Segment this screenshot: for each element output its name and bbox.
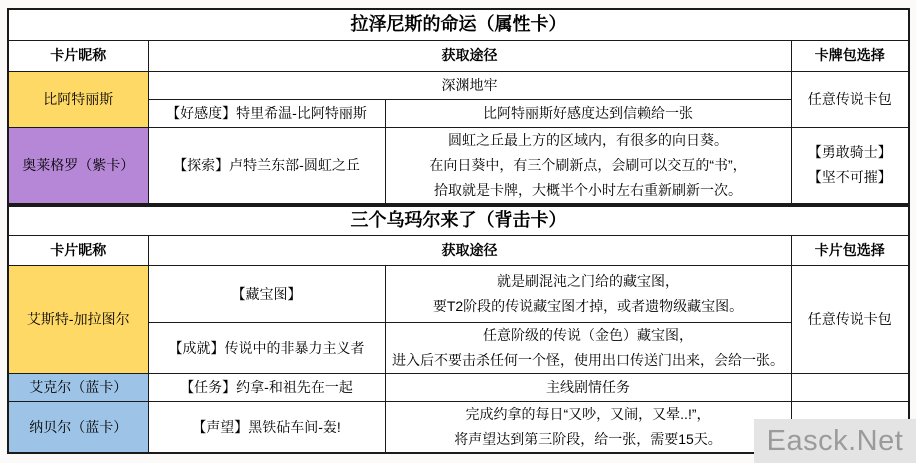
table-row: 卡片昵称 获取途径 卡片包选择	[8, 236, 909, 266]
table1-title: 拉泽尼斯的命运（属性卡）	[8, 9, 909, 40]
card-pack-cell: 【勇敢骑士】 【坚不可摧】	[791, 127, 909, 204]
card-name-cell: 纳贝尔（蓝卡）	[8, 402, 148, 454]
acquire-detail-cell: 主线剧情任务	[385, 374, 791, 402]
table-row: 拉泽尼斯的命运（属性卡）	[8, 9, 909, 40]
back-attack-card-table: 三个乌玛尔来了（背击卡） 卡片昵称 获取途径 卡片包选择 艾斯特-加拉图尔 【藏…	[7, 205, 910, 455]
acquire-detail-cell: 圆虹之丘最上方的区域内，有很多的向日葵。 在向日葵中，有三个刷新点，会刷可以交互…	[385, 127, 791, 204]
header-card-name: 卡片昵称	[8, 236, 148, 266]
card-pack-cell: 任意传说卡包	[791, 266, 909, 374]
acquire-detail-cell: 完成约拿的每日“又吵，又闹，又晕..!”， 将声望达到第三阶段，给一张，需要15…	[385, 402, 791, 454]
card-pack-cell	[791, 374, 909, 402]
acquire-method-cell: 【成就】传说中的非暴力主义者	[148, 323, 385, 374]
guide-tables: 拉泽尼斯的命运（属性卡） 卡片昵称 获取途径 卡牌包选择 比阿特丽斯 深渊地牢 …	[7, 8, 909, 454]
card-name-cell: 奥莱格罗（紫卡）	[8, 127, 148, 204]
acquire-method-cell: 【声望】黑铁砧车间-轰!	[148, 402, 385, 454]
table-row: 艾克尔（蓝卡） 【任务】约拿-和祖先在一起 主线剧情任务	[8, 374, 909, 402]
table-row: 艾斯特-加拉图尔 【藏宝图】 就是刷混沌之门给的藏宝图， 要T2阶段的传说藏宝图…	[8, 266, 909, 323]
acquire-method-cell: 【探索】卢特兰东部-圆虹之丘	[148, 127, 385, 204]
acquire-method-cell: 【好感度】特里希温-比阿特丽斯	[148, 99, 385, 127]
table-row: 比阿特丽斯 深渊地牢 任意传说卡包	[8, 71, 909, 99]
acquire-method-cell: 【任务】约拿-和祖先在一起	[148, 374, 385, 402]
header-card-pack: 卡片包选择	[791, 236, 909, 266]
table-row: 奥莱格罗（紫卡） 【探索】卢特兰东部-圆虹之丘 圆虹之丘最上方的区域内，有很多的…	[8, 127, 909, 204]
header-acquire-method: 获取途径	[148, 236, 791, 266]
card-name-cell: 艾克尔（蓝卡）	[8, 374, 148, 402]
header-card-pack: 卡牌包选择	[791, 40, 909, 71]
acquire-detail-cell: 就是刷混沌之门给的藏宝图， 要T2阶段的传说藏宝图才掉，或者遗物级藏宝图。	[385, 266, 791, 323]
acquire-method-cell: 深渊地牢	[148, 71, 791, 99]
header-acquire-method: 获取途径	[148, 40, 791, 71]
attribute-card-table: 拉泽尼斯的命运（属性卡） 卡片昵称 获取途径 卡牌包选择 比阿特丽斯 深渊地牢 …	[7, 8, 910, 205]
table-row: 卡片昵称 获取途径 卡牌包选择	[8, 40, 909, 71]
card-name-cell: 比阿特丽斯	[8, 71, 148, 127]
table-row: 三个乌玛尔来了（背击卡）	[8, 206, 909, 236]
table2-title: 三个乌玛尔来了（背击卡）	[8, 206, 909, 236]
card-name-cell: 艾斯特-加拉图尔	[8, 266, 148, 374]
header-card-name: 卡片昵称	[8, 40, 148, 71]
acquire-detail-cell: 任意阶级的传说（金色）藏宝图， 进入后不要击杀任何一个怪，使用出口传送门出来，会…	[385, 323, 791, 374]
acquire-method-cell: 【藏宝图】	[148, 266, 385, 323]
card-pack-cell: 任意传说卡包	[791, 71, 909, 127]
acquire-detail-cell: 比阿特丽斯好感度达到信赖给一张	[385, 99, 791, 127]
site-watermark: Easck.Net	[754, 419, 916, 463]
